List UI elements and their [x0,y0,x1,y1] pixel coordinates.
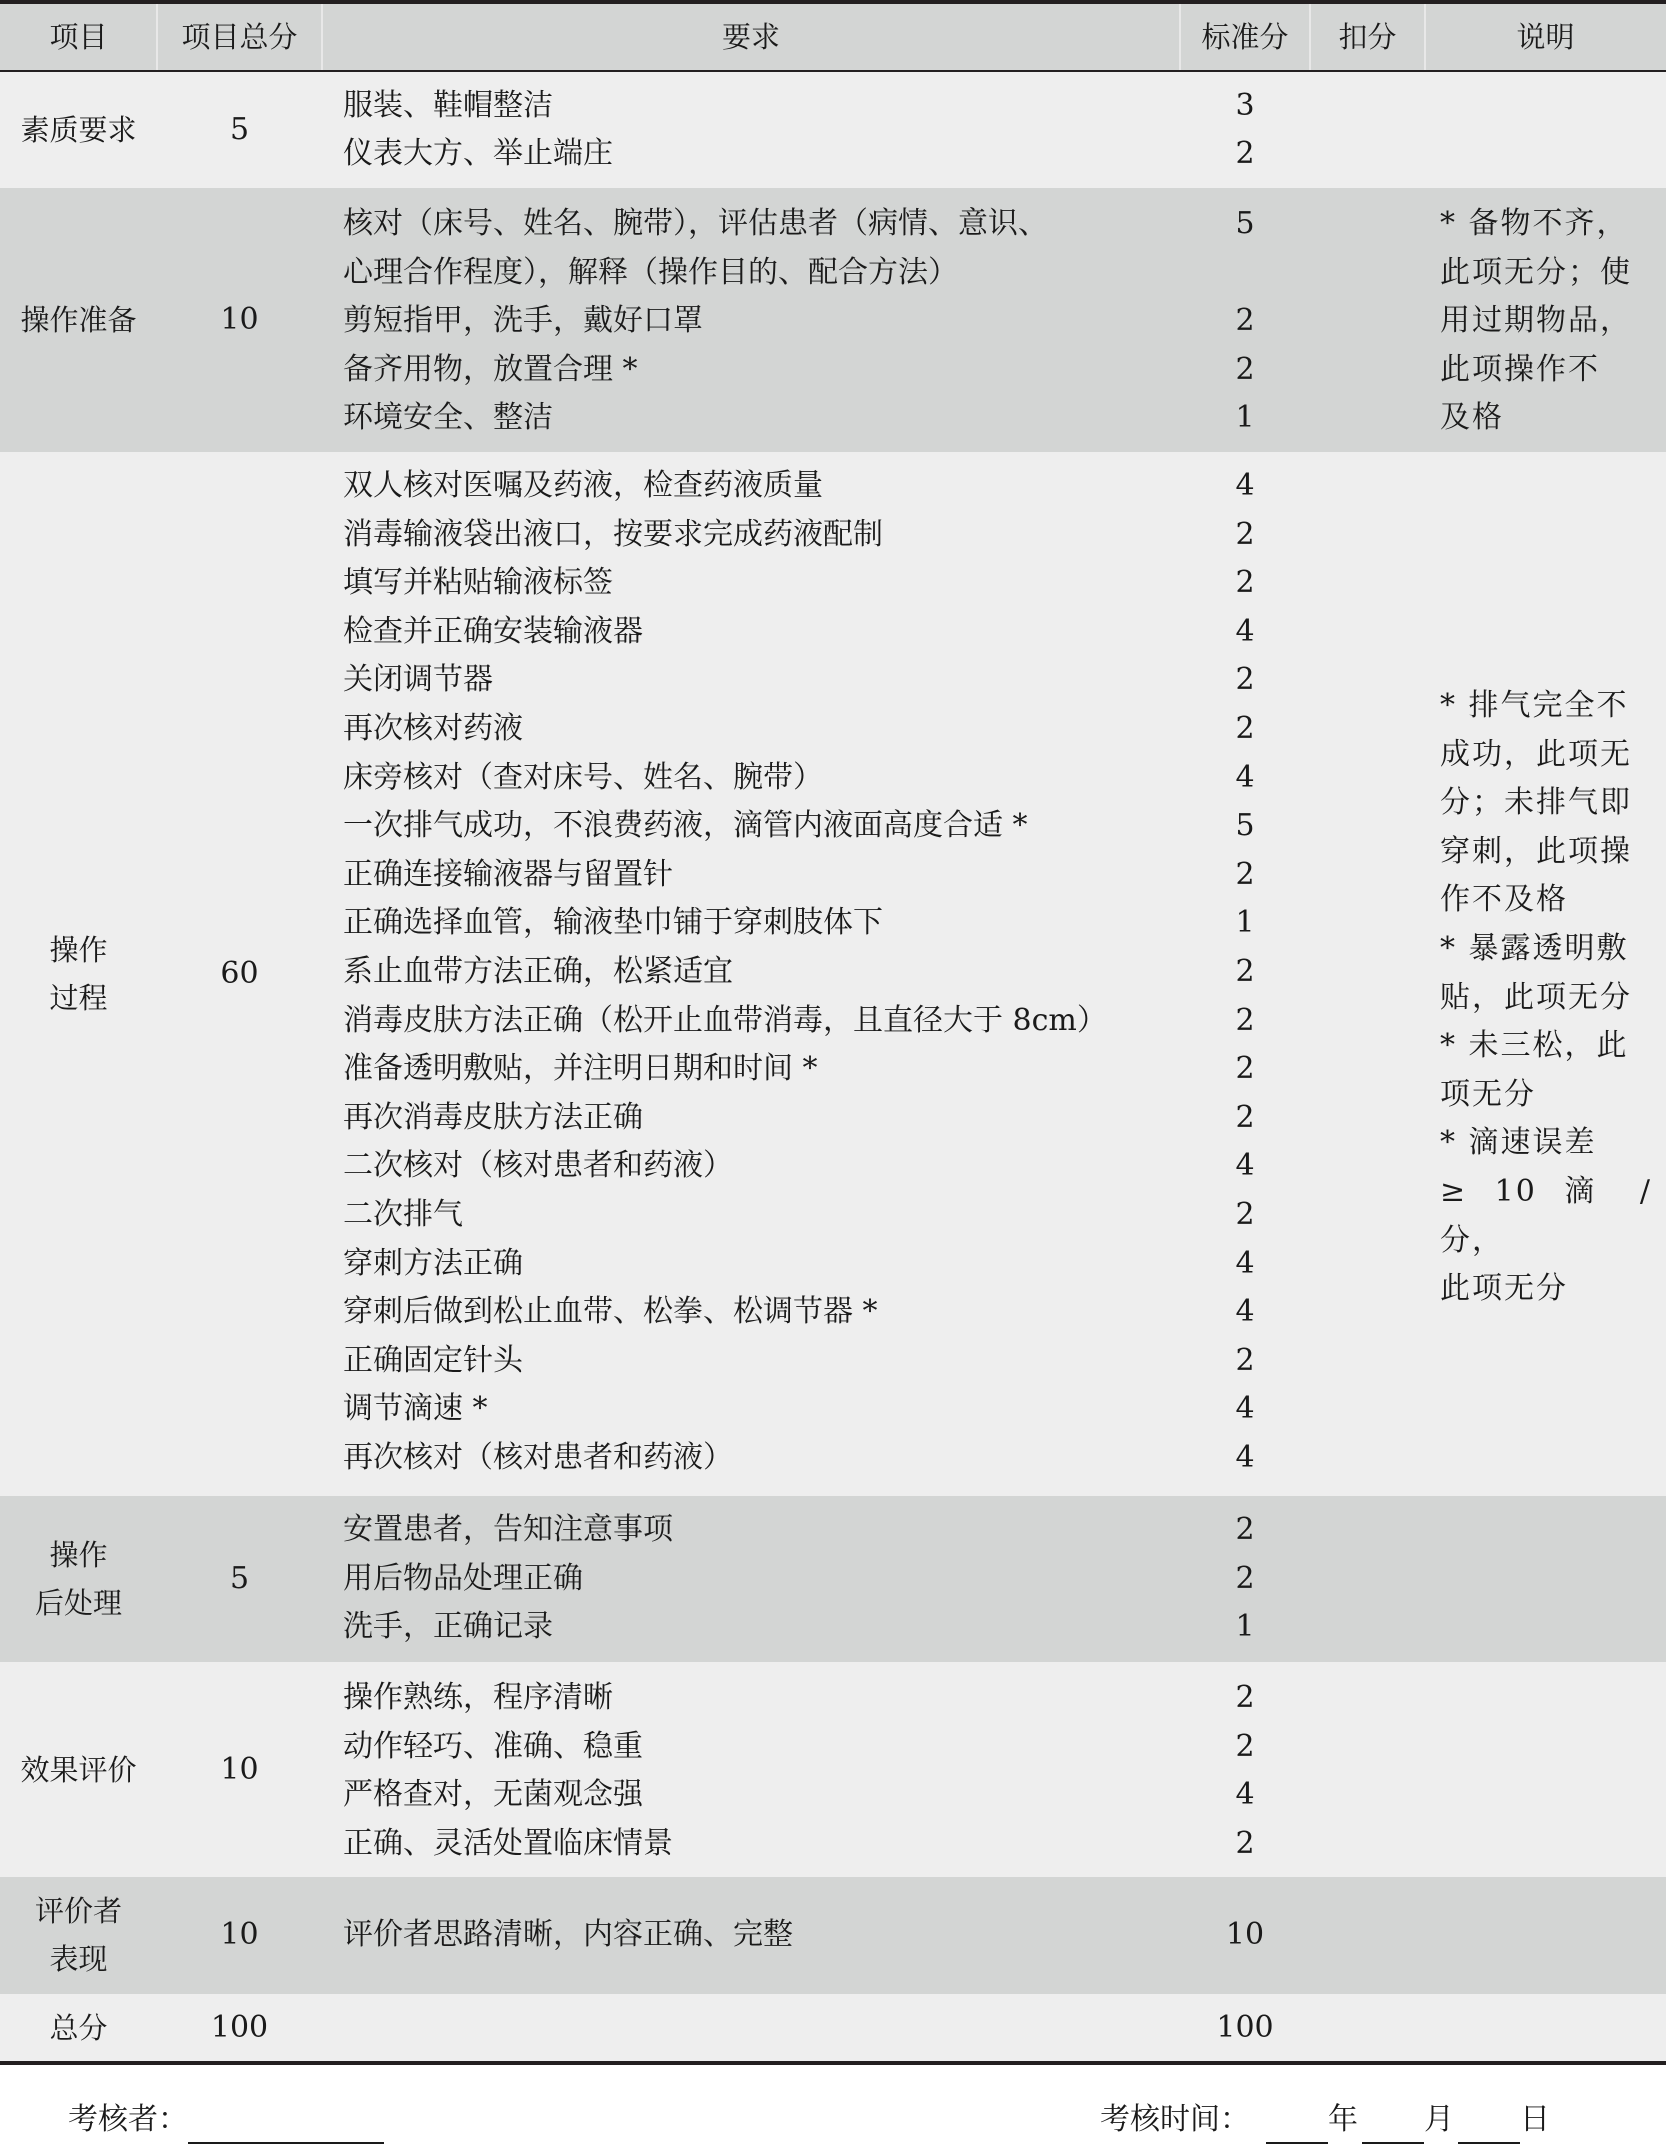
header-requirement: 要求 [322,4,1180,70]
day-blank[interactable] [1458,2102,1520,2144]
note-line: 此项操作不 [1440,346,1652,395]
note-line: * 滴速误差 [1440,1119,1652,1168]
requirement-item: 系止血带方法正确，松紧适宜 [343,948,1193,997]
requirement-item: 消毒输液袋出液口，按要求完成药液配制 [343,511,1193,560]
note-line: 穿刺，此项操 [1440,828,1652,877]
requirement-item: 正确连接输液器与留置针 [343,851,1193,900]
header-deduction: 扣分 [1310,4,1425,70]
standard-score: 4 [1205,1385,1285,1434]
note-line: 成功，此项无 [1440,731,1652,780]
examiner-field: 考核者： [68,2096,384,2144]
section-label: 操作 后处理 [0,1531,157,1627]
standard-score: 5 [1205,802,1285,851]
requirement-item: 双人核对医嘱及药液，检查药液质量 [343,462,1193,511]
note-line: 此项无分；使 [1440,249,1652,298]
section-total: 5 [157,106,322,154]
requirement-item: 床旁核对（查对床号、姓名、腕带） [343,754,1193,803]
note-line: * 暴露透明敷 [1440,925,1652,974]
standard-score: 2 [1205,559,1285,608]
month-label: 月 [1424,2102,1454,2137]
standard-score: 4 [1205,1771,1285,1820]
standard-score: 4 [1205,608,1285,657]
header-divider [321,4,323,70]
requirement-item: 洗手，正确记录 [343,1603,1193,1652]
requirement-item: 操作熟练，程序清晰 [343,1674,1193,1723]
standard-score: 4 [1205,1434,1285,1483]
requirement-item: 服装、鞋帽整洁 [343,82,1193,131]
day-label: 日 [1520,2102,1550,2137]
standard-score: 2 [1205,1094,1285,1143]
standard-score: 2 [1205,997,1285,1046]
header-divider [156,4,158,70]
standard-score: 2 [1205,1337,1285,1386]
requirement-item: 核对（床号、姓名、腕带），评估患者（病情、意识、 [343,200,1193,249]
section-label: 评价者 表现 [0,1887,157,1983]
exam-time-field: 考核时间：年月日 [1100,2096,1550,2144]
note-line: ≥ 10 滴 / 分， [1440,1168,1652,1265]
requirement-item: 正确固定针头 [343,1337,1193,1386]
standard-score: 4 [1205,1288,1285,1337]
year-blank[interactable] [1266,2102,1328,2144]
exam-time-label: 考核时间： [1100,2102,1250,2137]
section-post-process: 操作 后处理 5 安置患者，告知注意事项 2 用后物品处理正确 2 洗手，正确记… [0,1496,1666,1662]
note-line: 及格 [1440,394,1652,443]
requirement-item: 剪短指甲，洗手，戴好口罩 [343,297,1193,346]
note-line: 项无分 [1440,1071,1652,1120]
note-text: * 备物不齐， 此项无分；使 用过期物品， 此项操作不 及格 [1440,200,1652,443]
section-quality: 素质要求 5 服装、鞋帽整洁 3 仪表大方、举止端庄 2 [0,72,1666,188]
header-standard-score: 标准分 [1180,4,1310,70]
requirement-item: 二次排气 [343,1191,1193,1240]
requirement-item: 环境安全、整洁 [343,394,1193,443]
requirement-item: 再次核对（核对患者和药液） [343,1434,1193,1483]
requirement-item: 穿刺方法正确 [343,1240,1193,1289]
section-label: 效果评价 [0,1746,157,1794]
header-divider [1424,4,1426,70]
requirement-item: 用后物品处理正确 [343,1555,1193,1604]
examiner-label: 考核者： [68,2102,188,2137]
requirement-item: 心理合作程度），解释（操作目的、配合方法） [343,249,1193,298]
note-line: * 未三松，此 [1440,1022,1652,1071]
standard-score: 4 [1205,1240,1285,1289]
standard-score: 2 [1205,511,1285,560]
requirement-item: 调节滴速 * [343,1385,1193,1434]
examiner-blank[interactable] [188,2102,384,2144]
standard-score: 2 [1205,1045,1285,1094]
standard-score: 10 [1205,1911,1285,1960]
header-divider [1309,4,1311,70]
requirement-item: 正确选择血管，输液垫巾铺于穿刺肢体下 [343,899,1193,948]
requirement-item: 安置患者，告知注意事项 [343,1506,1193,1555]
standard-score: 4 [1205,754,1285,803]
standard-score: 2 [1205,1820,1285,1869]
requirement-item: 二次核对（核对患者和药液） [343,1142,1193,1191]
section-label: 总分 [0,2004,157,2052]
section-total: 5 [157,1555,322,1603]
requirement-item: 评价者思路清晰，内容正确、完整 [343,1911,1193,1960]
section-label: 操作 过程 [0,926,157,1022]
note-line: * 排气完全不 [1440,682,1652,731]
note-text: * 排气完全不 成功，此项无 分；未排气即 穿刺，此项操 作不及格 * 暴露透明… [1440,682,1652,1314]
standard-score: 2 [1205,851,1285,900]
requirement-item: 消毒皮肤方法正确（松开止血带消毒，且直径大于 8cm） [343,997,1193,1046]
requirement-item: 再次核对药液 [343,705,1193,754]
year-label: 年 [1328,2102,1358,2137]
standard-score: 2 [1205,297,1285,346]
standard-score: 1 [1205,899,1285,948]
section-total: 10 [157,1911,322,1959]
section-total: 10 [157,1746,322,1794]
note-line: 此项无分 [1440,1265,1652,1314]
requirement-item: 关闭调节器 [343,656,1193,705]
section-total: 10 [157,296,322,344]
standard-score: 5 [1205,200,1285,249]
header-note: 说明 [1425,4,1666,70]
standard-score: 100 [1205,2004,1285,2053]
requirement-item: 穿刺后做到松止血带、松拳、松调节器 * [343,1288,1193,1337]
section-label: 素质要求 [0,106,157,154]
note-line: 作不及格 [1440,876,1652,925]
section-total-score: 总分 100 100 [0,1994,1666,2061]
standard-score: 2 [1205,948,1285,997]
standard-score: 2 [1205,1674,1285,1723]
table-header: 项目 项目总分 要求 标准分 扣分 说明 [0,4,1666,72]
standard-score: 2 [1205,705,1285,754]
requirement-item: 严格查对，无菌观念强 [343,1771,1193,1820]
standard-score: 2 [1205,1723,1285,1772]
standard-score: 2 [1205,1506,1285,1555]
section-total: 60 [157,950,322,998]
requirement-item: 再次消毒皮肤方法正确 [343,1094,1193,1143]
standard-score: 2 [1205,656,1285,705]
section-label: 操作准备 [0,296,157,344]
section-evaluator: 评价者 表现 10 评价者思路清晰，内容正确、完整 10 [0,1877,1666,1994]
standard-score: 3 [1205,82,1285,131]
standard-score: 1 [1205,394,1285,443]
note-line: 分；未排气即 [1440,779,1652,828]
note-line: 用过期物品， [1440,297,1652,346]
section-preparation: 操作准备 10 核对（床号、姓名、腕带），评估患者（病情、意识、 5 心理合作程… [0,188,1666,452]
standard-score: 2 [1205,130,1285,179]
table-bottom-rule [0,2061,1666,2065]
note-line: 贴，此项无分 [1440,974,1652,1023]
requirement-item: 正确、灵活处置临床情景 [343,1820,1193,1869]
requirement-item: 备齐用物，放置合理 * [343,346,1193,395]
section-total: 100 [157,2004,322,2052]
requirement-item: 准备透明敷贴，并注明日期和时间 * [343,1045,1193,1094]
requirement-item: 检查并正确安装输液器 [343,608,1193,657]
requirement-item: 仪表大方、举止端庄 [343,130,1193,179]
standard-score: 2 [1205,1555,1285,1604]
header-divider [1179,4,1181,70]
section-process: 操作 过程 60 双人核对医嘱及药液，检查药液质量4消毒输液袋出液口，按要求完成… [0,452,1666,1496]
standard-score: 2 [1205,1191,1285,1240]
standard-score: 4 [1205,1142,1285,1191]
header-item: 项目 [0,4,157,70]
header-total: 项目总分 [157,4,322,70]
month-blank[interactable] [1362,2102,1424,2144]
standard-score: 4 [1205,462,1285,511]
standard-score: 2 [1205,346,1285,395]
section-evaluation: 效果评价 10 操作熟练，程序清晰 2 动作轻巧、准确、稳重 2 严格查对，无菌… [0,1662,1666,1877]
standard-score: 1 [1205,1603,1285,1652]
note-line: * 备物不齐， [1440,200,1652,249]
requirement-item: 填写并粘贴输液标签 [343,559,1193,608]
requirement-item: 动作轻巧、准确、稳重 [343,1723,1193,1772]
requirement-item: 一次排气成功，不浪费药液，滴管内液面高度合适 * [343,802,1193,851]
